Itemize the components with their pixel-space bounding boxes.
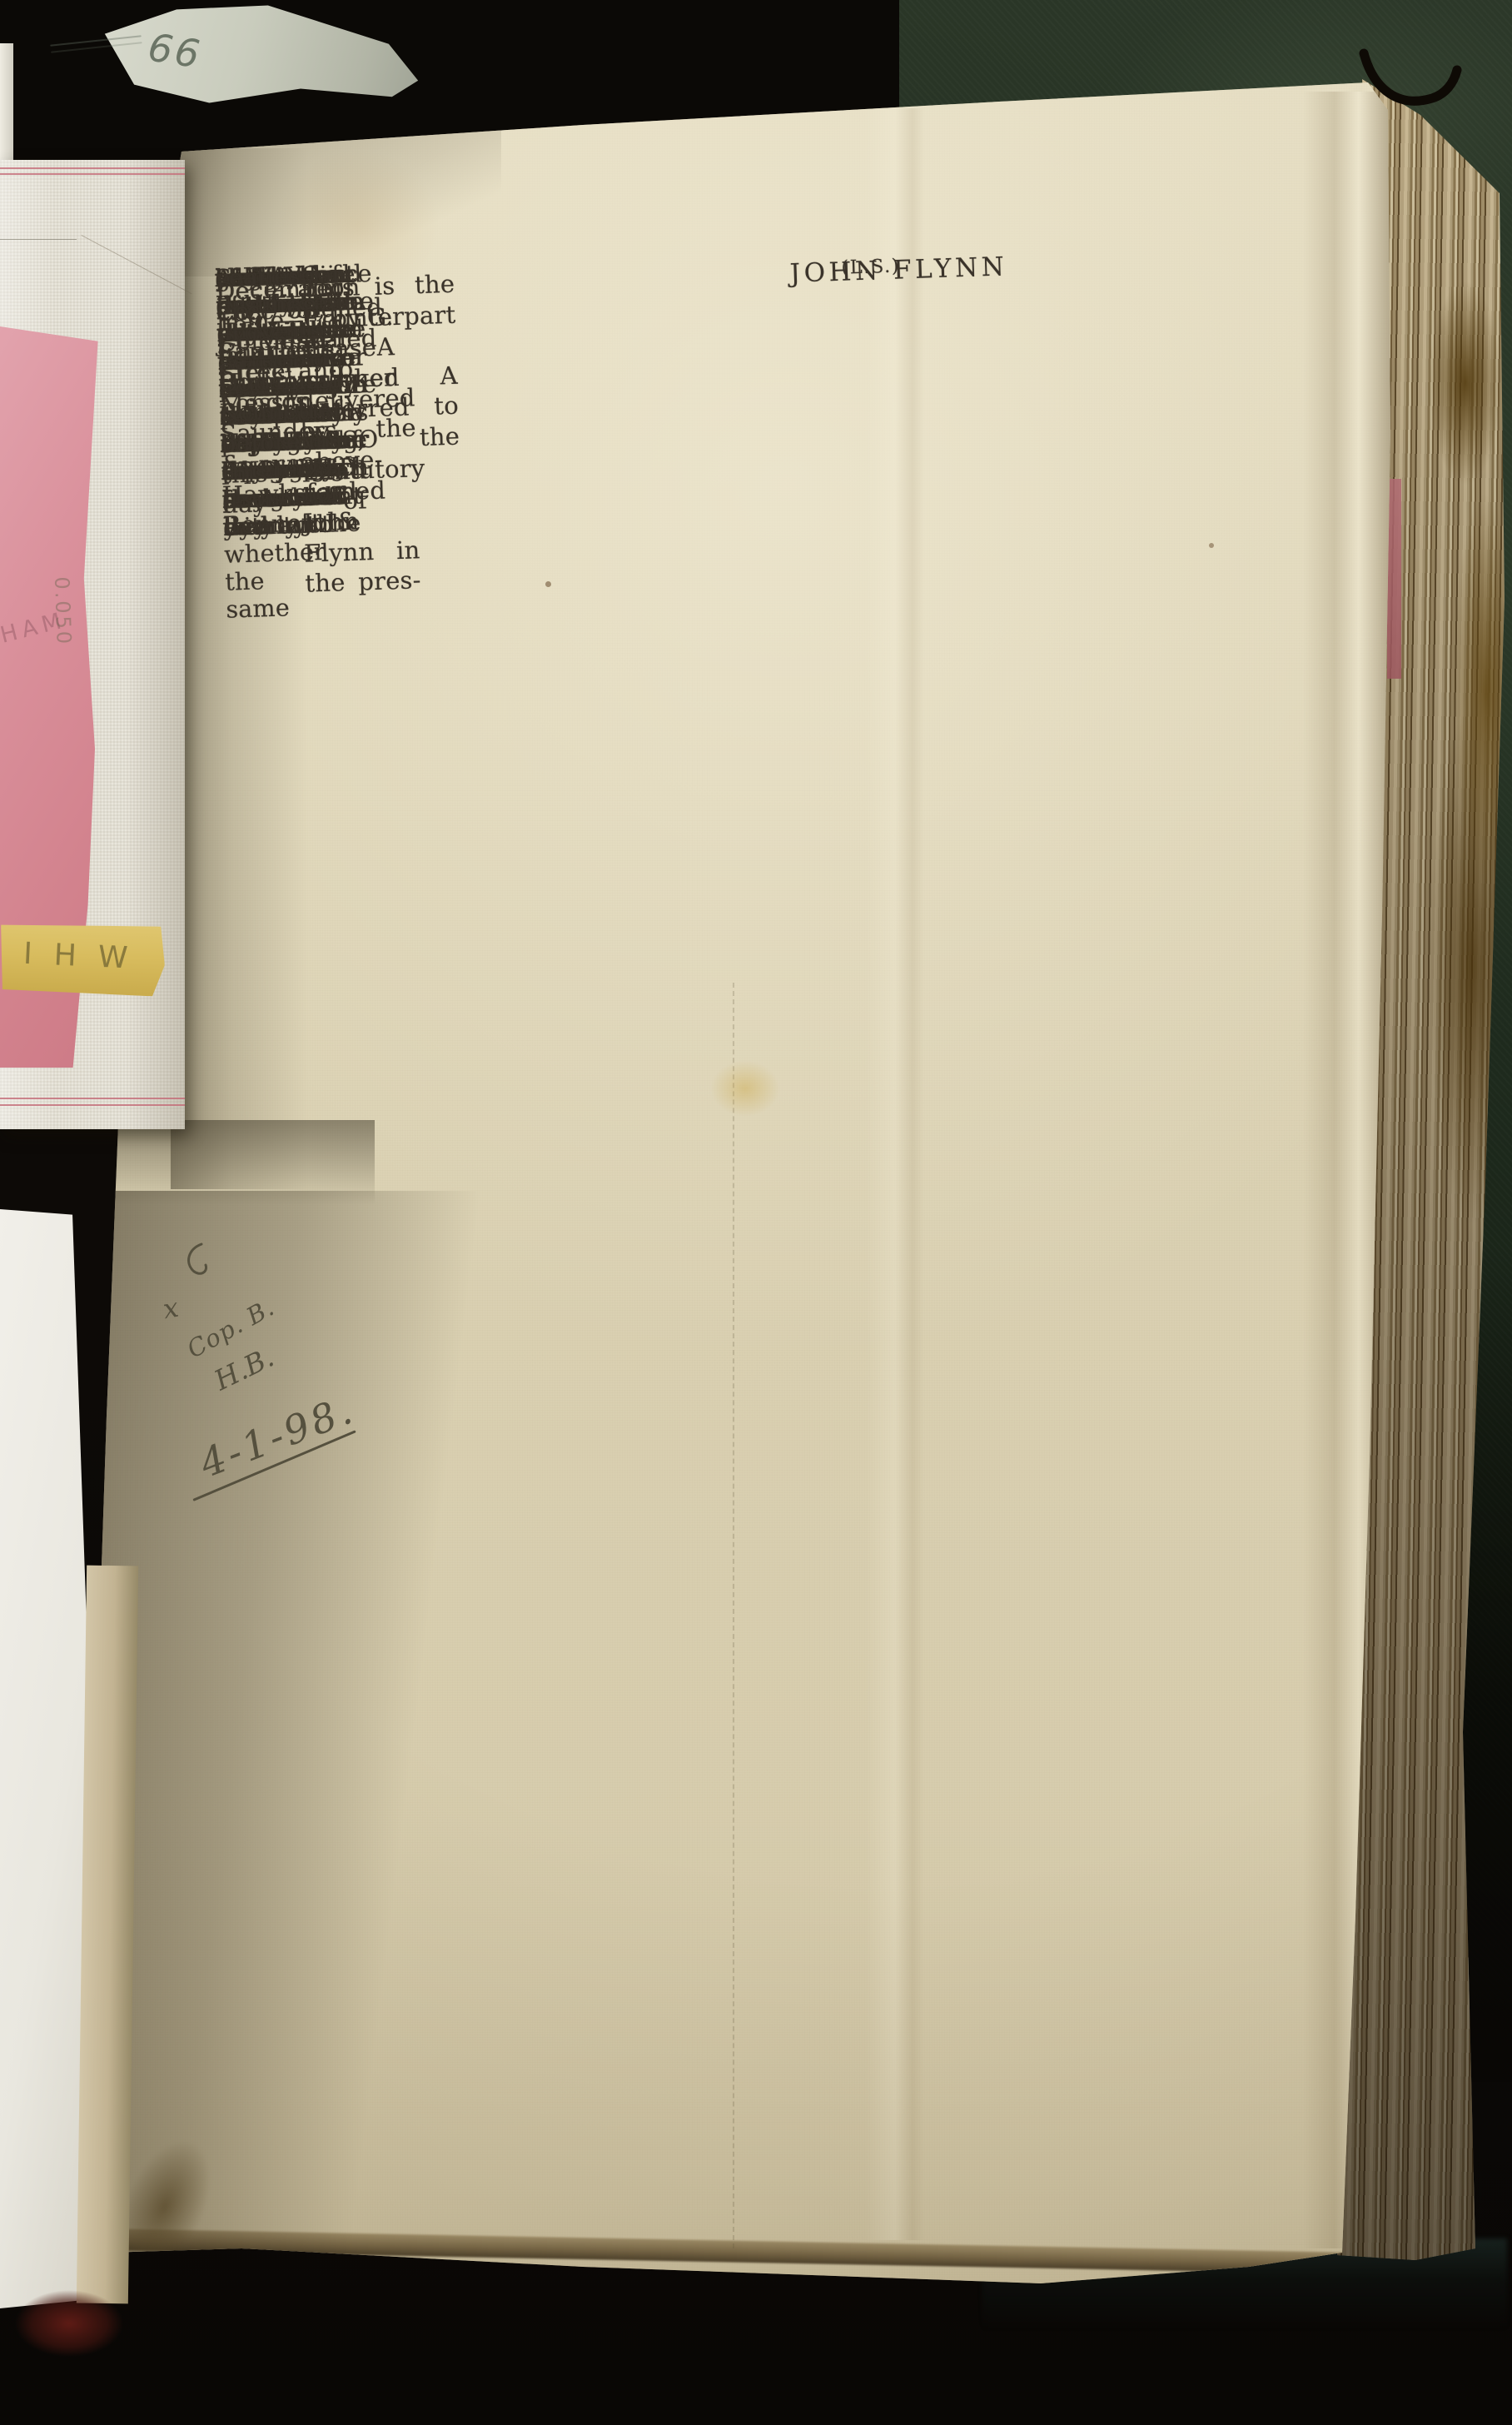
page-stitch-crease: [733, 983, 734, 2248]
signature-line: JOHN FLYNN (L.S.): [215, 259, 789, 277]
text-line: performance of the several covenants her…: [215, 260, 379, 458]
text-line: buildings erected thereon in the name of…: [215, 261, 349, 514]
stain: [699, 1051, 791, 1126]
text-line: This is the Counterpart Lease marked A r…: [215, 269, 460, 490]
text-line: Co., 68, Coleman Street, London.: [216, 294, 329, 420]
text-line: any interruption by the Lessors or any p…: [215, 260, 371, 485]
text-line: and such dwelling-house as aforesaid wit…: [215, 261, 336, 514]
ink-squiggle: [177, 1241, 215, 1284]
offset-letters-tape: IHW: [22, 937, 150, 977]
archive-number: 66: [145, 24, 205, 77]
text-line: in good and substantial repair and condi…: [215, 260, 369, 485]
text-line: of the covenants on the Lessee's part he…: [215, 261, 347, 541]
lessee-signature: JOHN FLYNN: [789, 251, 1008, 288]
pinstripe: [0, 1104, 185, 1106]
shadow: [73, 1191, 540, 2282]
text-line: rent hereby reserved and observing and p…: [215, 261, 361, 541]
ribbon-marker: [1387, 479, 1401, 679]
text-line: year first above written: [215, 262, 307, 376]
speck: [545, 581, 551, 587]
text-line: of the said premises or underlease there…: [215, 261, 358, 514]
bookmark-tail: [1355, 47, 1464, 123]
seal-mark: (L.S.): [841, 255, 900, 278]
text-line: ALWAYS and these presents are upon this …: [215, 261, 338, 541]
printed-text-block: and such dwelling-house as aforesaid wit…: [215, 235, 1140, 265]
pencil-figures-offset: 0.050: [50, 576, 76, 647]
pencil-cross-mark: x: [161, 1292, 181, 1326]
text-line: re-enter upon any part of the said premi…: [215, 261, 336, 541]
text-line: ground and the dwelling-house erected th…: [215, 261, 336, 541]
tan-page-strip: [77, 1566, 138, 2304]
pencil-copy-mark: Cop. B.: [182, 1292, 279, 1363]
text-line: assignment or underlease and pay a fee o…: [215, 260, 366, 485]
book-scan: and such dwelling-house as aforesaid wit…: [0, 0, 1512, 2425]
stain: [250, 125, 466, 325]
text-line: whenever the said yearly rent hereby res…: [215, 261, 343, 540]
shadow: [177, 93, 501, 276]
text-line: Declaration made by Charles Hudson Benne…: [215, 271, 367, 520]
text-line: shall be demanded or not or if and whene…: [215, 261, 350, 514]
text-line: will give notice in writing to the Solic…: [215, 261, 363, 514]
text-line: hereby covenant with the Lessee that he …: [215, 261, 335, 541]
pencil-date: 4-1-98.: [194, 1387, 361, 1487]
text-line: parties to these presents have hereunto …: [215, 261, 335, 541]
text-line: or underlessee as aforesaid within one c…: [215, 260, 370, 485]
text-line: Solicitor for the acceptance of service …: [215, 261, 361, 486]
speck: [1209, 543, 1214, 548]
pinstripe: [0, 167, 185, 169]
text-line: one years and of the names or name and a…: [215, 261, 347, 513]
pencil-initials: H.B.: [209, 1341, 279, 1397]
scratch-mark: [82, 235, 192, 294]
pinstripe: [0, 1098, 185, 1099]
yellow-tape-band: IHW: [0, 922, 166, 996]
red-binding-fragment: [15, 2290, 123, 2357]
text-line: December 1897—E. G. Saunders, A Commissi…: [215, 271, 396, 429]
page-bottom-torn-edge: [67, 2228, 1353, 2274]
shadow: [171, 148, 308, 1189]
page-crease: [866, 108, 924, 2240]
text-line: one days next after the same shall have …: [215, 261, 328, 624]
text-line: ence of—J. J. Messer, Clerk to Messrs. S…: [216, 293, 359, 541]
linen-binding-stub: MAH 0.050 IHW: [0, 160, 185, 1129]
text-line: claiming or to claim by from or under th…: [215, 261, 344, 513]
document-page: and such dwelling-house as aforesaid wit…: [0, 0, 1512, 2425]
shadow: [75, 1120, 375, 1220]
pencil-rule: [0, 239, 77, 240]
text-line: term of ninety-nine years shall absolute…: [215, 261, 348, 514]
text-line: Signed sealed and delivered by the above…: [216, 291, 421, 601]
text-line: Lessee herein contained may peaceably ho…: [215, 261, 346, 513]
pencil-underline: [192, 1430, 356, 1501]
pinstripe: [0, 173, 185, 175]
